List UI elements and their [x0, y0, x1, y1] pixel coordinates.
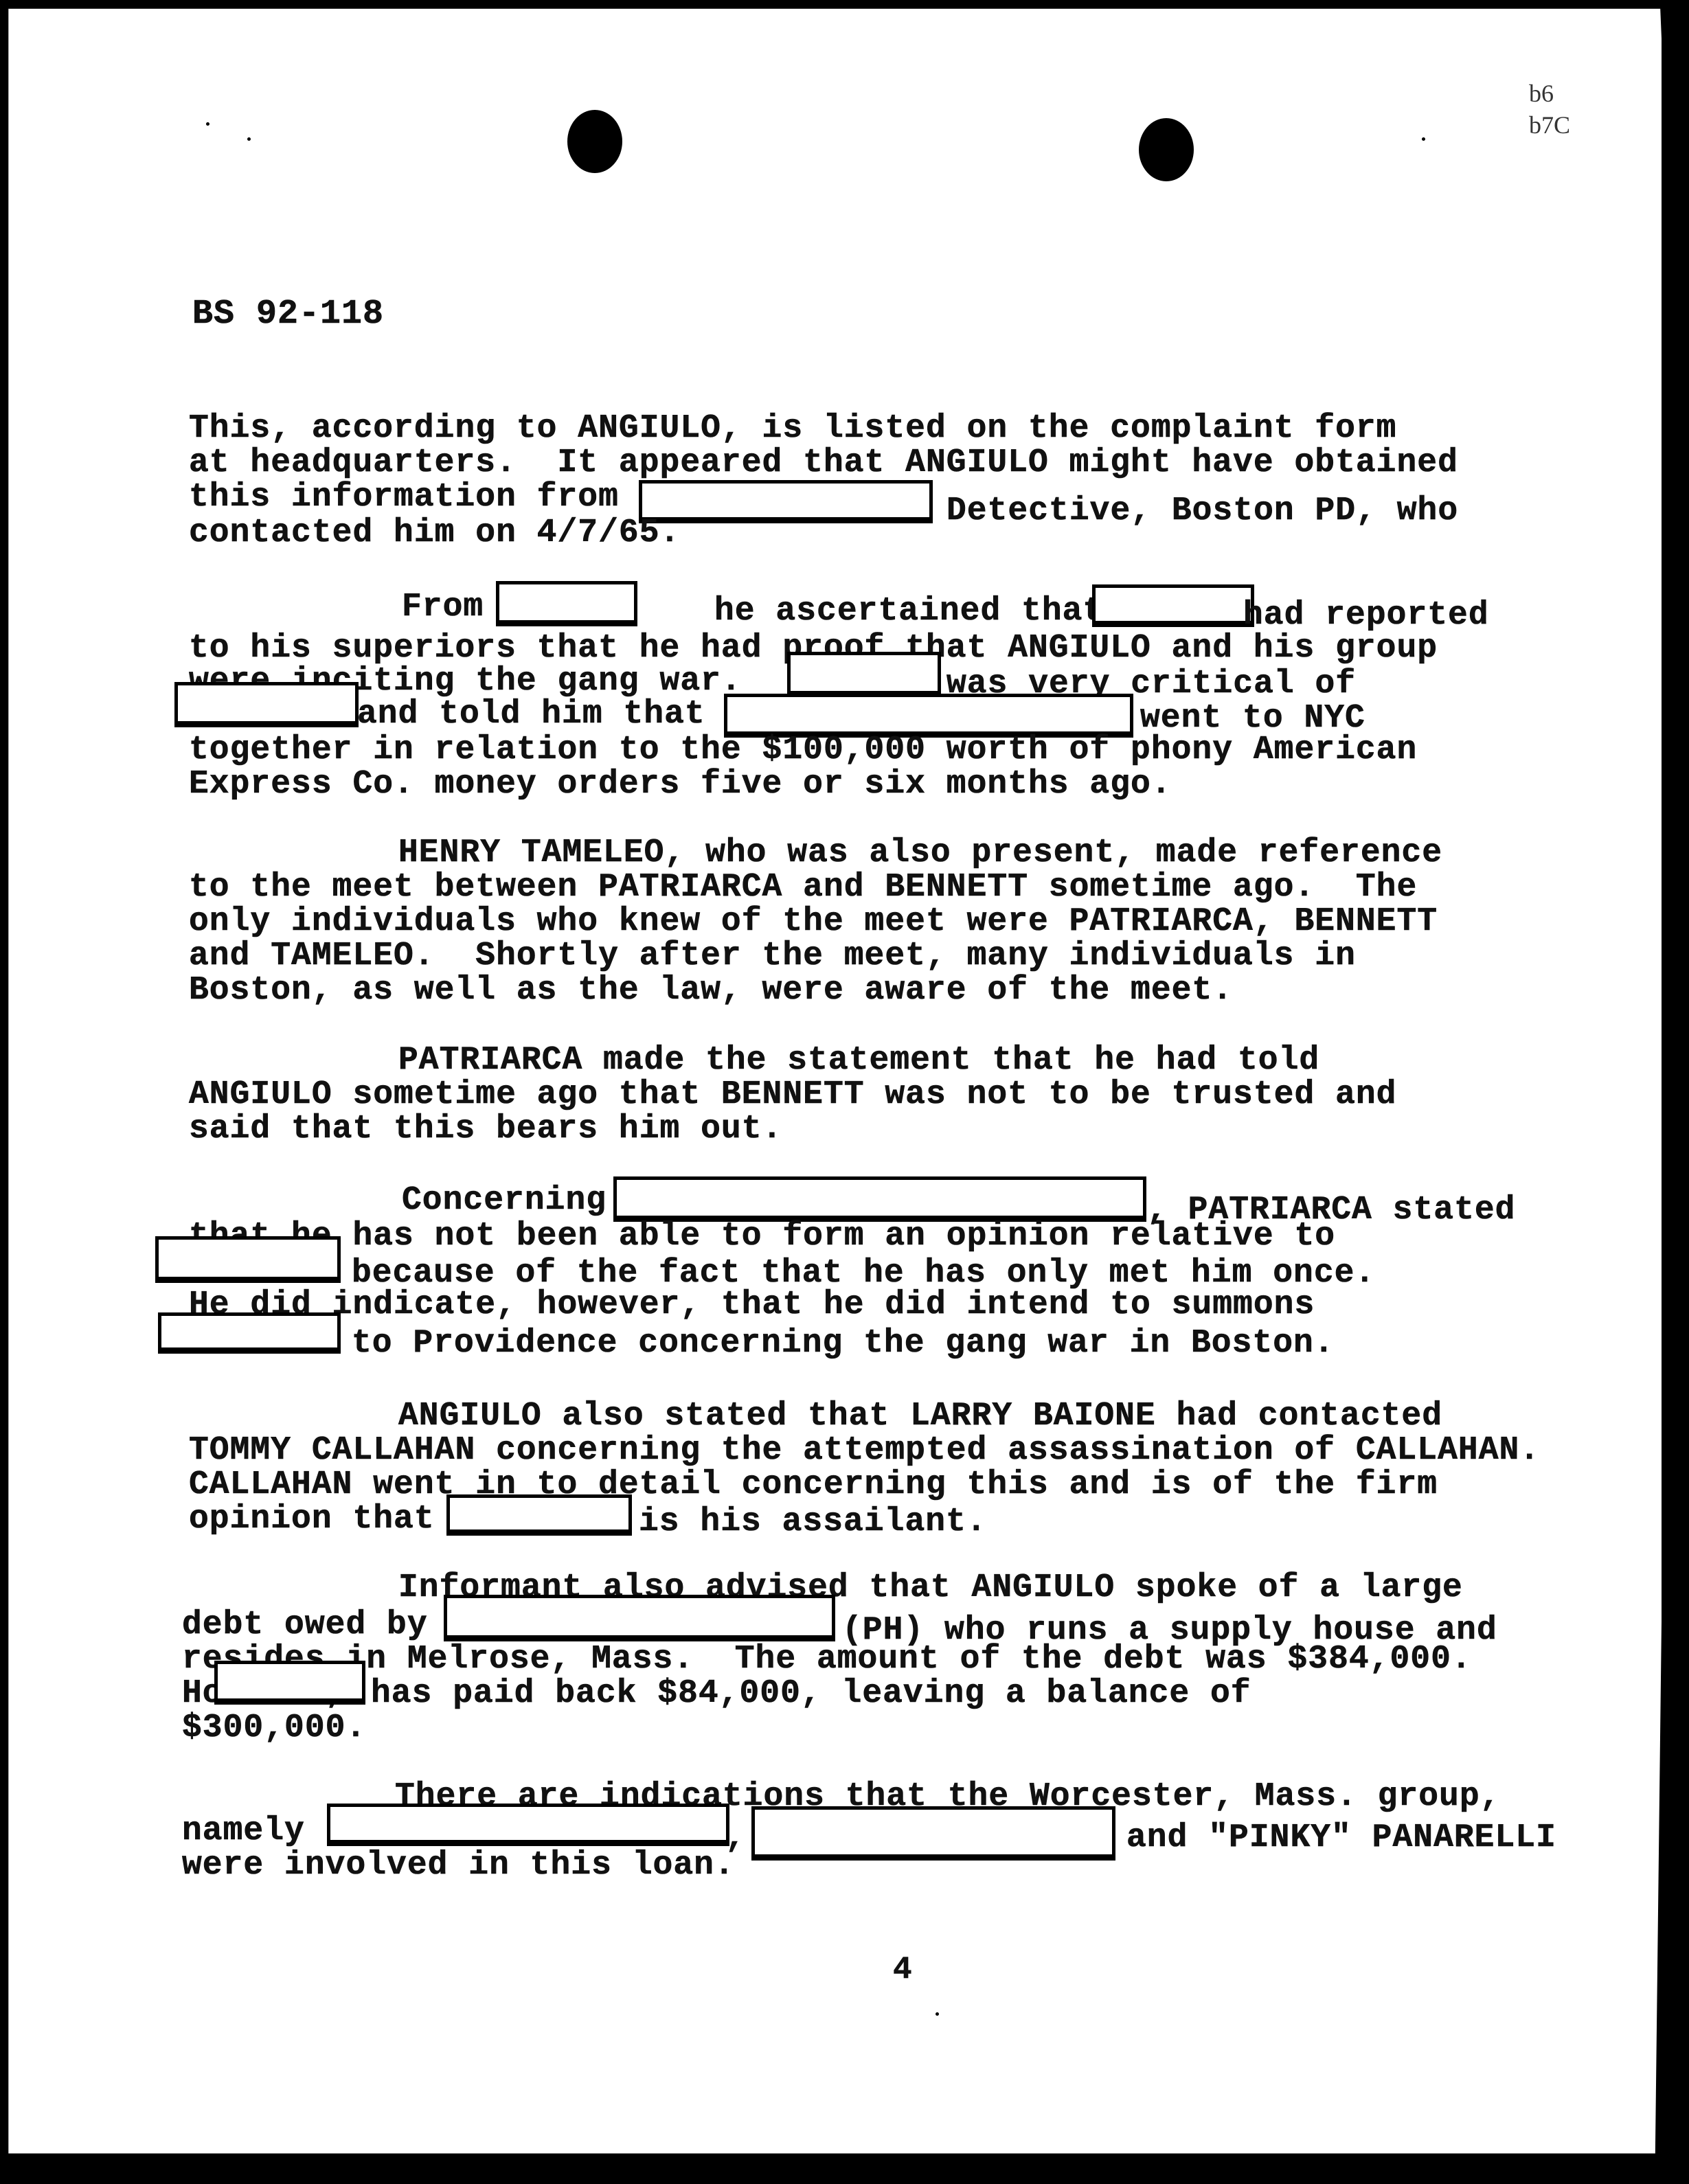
text-line: only individuals who knew of the meet we… [189, 904, 1438, 940]
text-line: Express Co. money orders five or six mon… [189, 766, 1172, 802]
punch-hole-left [567, 110, 622, 173]
redaction-box [327, 1804, 729, 1846]
text-line: This, according to ANGIULO, is listed on… [189, 411, 1396, 446]
scan-speck [1422, 137, 1425, 141]
text-line: he ascertained that [714, 593, 1103, 629]
text-line: resides in Melrose, Mass. The amount of … [182, 1641, 1472, 1677]
text-line: opinion that [189, 1501, 435, 1537]
text-line: From [402, 589, 484, 625]
text-line: debt owed by [182, 1607, 428, 1643]
text-line: to the meet between PATRIARCA and BENNET… [189, 869, 1417, 905]
text-line: and TAMELEO. Shortly after the meet, man… [189, 938, 1356, 974]
document-page: b6 b7C BS 92-118 This, according to ANGI… [0, 0, 1689, 2184]
text-line: CALLAHAN went in to detail concerning th… [189, 1467, 1438, 1503]
text-line: namely [182, 1813, 305, 1849]
text-line: that he has not been able to form an opi… [189, 1218, 1335, 1254]
text-line: to Providence concerning the gang war in… [352, 1326, 1335, 1361]
text-line: TOMMY CALLAHAN concerning the attempted … [189, 1433, 1540, 1468]
text-line: ANGIULO also stated that LARRY BAIONE ha… [398, 1398, 1442, 1434]
scan-border-right [1662, 0, 1689, 2184]
text-line: ANGIULO sometime ago that BENNETT was no… [189, 1077, 1396, 1113]
text-line: has paid back $84,000, leaving a balance… [371, 1676, 1251, 1711]
redaction-box [155, 1236, 341, 1283]
scan-speck [206, 122, 209, 126]
text-line: PATRIARCA made the statement that he had… [398, 1043, 1319, 1078]
redaction-box [158, 1312, 341, 1354]
text-line: $300,000. [182, 1710, 366, 1746]
redaction-box [1092, 584, 1254, 627]
file-number: BS 92-118 [192, 297, 384, 332]
text-line: together in relation to the $100,000 wor… [189, 732, 1417, 768]
text-line: and "PINKY" PANARELLI [1126, 1820, 1556, 1856]
text-line: Detective, Boston PD, who [946, 493, 1458, 529]
text-line: Boston, as well as the law, were aware o… [189, 972, 1233, 1008]
page-number: 4 [893, 1952, 913, 1988]
scan-speck [247, 137, 251, 141]
scan-border-top [0, 0, 1689, 8]
scan-speck [936, 2012, 939, 2016]
redaction-box [446, 1494, 632, 1536]
punch-hole-right [1139, 118, 1194, 181]
text-line: is his assailant. [639, 1504, 987, 1540]
text-line: were involved in this loan. [182, 1847, 735, 1883]
redaction-box [174, 682, 359, 727]
redaction-box [444, 1595, 835, 1641]
text-line: had reported [1243, 598, 1489, 633]
text-line: said that this bears him out. [189, 1111, 782, 1147]
text-line: at headquarters. It appeared that ANGIUL… [189, 445, 1458, 481]
scan-border-bottom [0, 2163, 1689, 2184]
redaction-box [639, 480, 933, 523]
text-line: contacted him on 4/7/65. [189, 515, 680, 551]
redaction-box [496, 581, 637, 626]
exemption-code-b7c: b7C [1529, 107, 1570, 143]
redaction-box [613, 1176, 1146, 1222]
text-line: HENRY TAMELEO, who was also present, mad… [398, 835, 1442, 871]
text-line: He did indicate, however, that he did in… [189, 1287, 1315, 1323]
text-line: Concerning [402, 1183, 607, 1218]
exemption-code-b6: b6 [1529, 76, 1554, 111]
text-line: this information from [189, 479, 619, 515]
text-line: and told him that [357, 696, 705, 732]
redaction-box [214, 1661, 365, 1705]
redaction-box [751, 1806, 1115, 1861]
redaction-box [787, 652, 941, 697]
scan-border-left [0, 0, 5, 2184]
